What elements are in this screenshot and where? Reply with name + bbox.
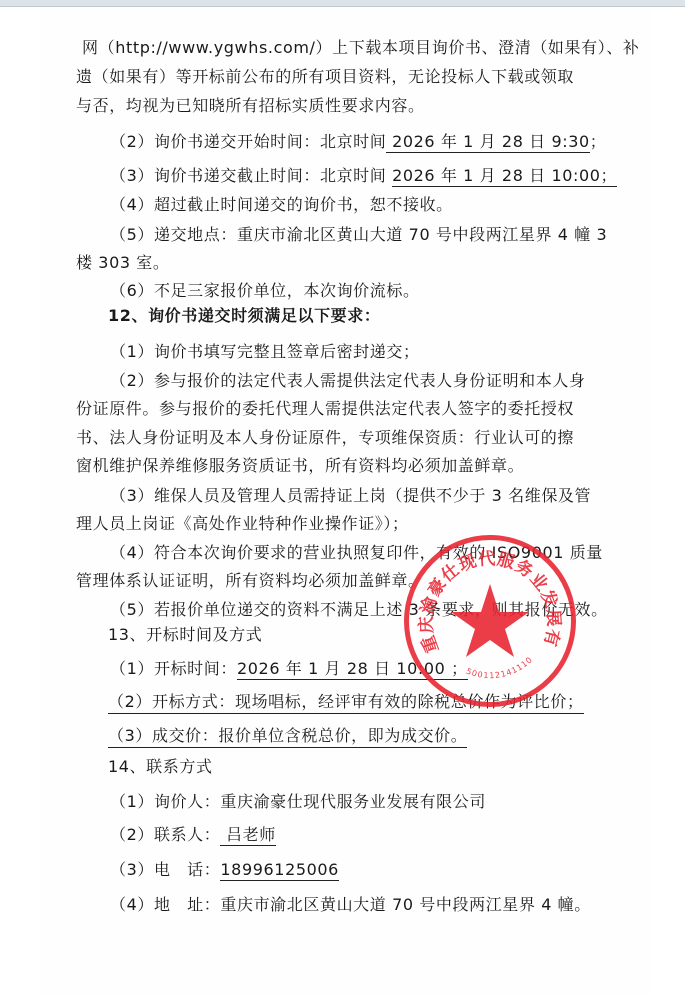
label: （3）电 话： — [110, 860, 220, 879]
start-time-value: 2026 年 1 月 28 日 9:30 — [386, 132, 589, 153]
text-line: （2）参与报价的法定代表人需提供法定代表人身份证明和本人身 — [110, 371, 586, 391]
text-line: 窗机维护保养维修服务资质证书，所有资料均必须加盖鲜章。 — [76, 456, 524, 476]
submission-deadline: （3）询价书递交截止时间：北京时间 2026 年 1 月 28 日 10:00； — [110, 166, 617, 186]
text-line: 理人员上岗证《高处作业特种作业操作证》）； — [76, 514, 409, 534]
transaction-price: （3）成交价：报价单位含税总价，即为成交价。 — [108, 726, 467, 748]
text-line: （5）递交地点：重庆市渝北区黄山大道 70 号中段两江星界 4 幢 3 — [110, 225, 607, 245]
phone-value: 18996125006 — [220, 860, 339, 881]
text-line: 份证原件。参与报价的委托代理人需提供法定代表人签字的委托授权 — [76, 399, 574, 419]
punct: ； — [590, 132, 607, 151]
text-line: 与否，均视为已知晓所有招标实质性要求内容。 — [76, 96, 425, 116]
phone: （3）电 话：18996125006 — [110, 860, 339, 880]
text-line: 网（http://www.ygwhs.com/）上下载本项目询价书、澄清（如果有… — [82, 38, 640, 58]
contact-person-value: 吕老师 — [220, 825, 276, 846]
label: （2）联系人： — [110, 825, 220, 844]
label: （2）询价书递交开始时间：北京时间 — [110, 132, 386, 151]
address: （4）地 址：重庆市渝北区黄山大道 70 号中段两江星界 4 幢。 — [110, 895, 591, 915]
deadline-value: 2026 年 1 月 28 日 10:00； — [392, 166, 617, 187]
label: （1）开标时间： — [110, 659, 237, 678]
text-line: （6）不足三家报价单位，本次询价流标。 — [110, 281, 420, 301]
viewer-top-bar — [0, 0, 685, 7]
inquirer: （1）询价人：重庆渝豪仕现代服务业发展有限公司 — [110, 792, 486, 812]
section-12-heading: 12、询价书递交时须满足以下要求： — [108, 306, 380, 326]
submission-start-time: （2）询价书递交开始时间：北京时间 2026 年 1 月 28 日 9:30； — [110, 132, 606, 152]
text-line: 楼 303 室。 — [76, 253, 170, 273]
contact-person: （2）联系人： 吕老师 — [110, 825, 276, 845]
text-line: 管理体系认证证明，所有资料均必须加盖鲜章。 — [76, 571, 425, 591]
text-line: （4）超过截止时间递交的询价书，恕不接收。 — [110, 195, 453, 215]
company-seal-stamp: 重庆渝豪仕现代服务业发展有限公司 5001121411108188 — [404, 535, 576, 707]
text-line: （1）询价书填写完整且签章后密封递交； — [110, 342, 420, 362]
section-13-heading: 13、开标时间及方式 — [108, 625, 262, 645]
section-14-heading: 14、联系方式 — [108, 757, 213, 777]
text-line: （3）维保人员及管理人员需持证上岗（提供不少于 3 名维保及管 — [110, 486, 591, 506]
text-line: 书、法人身份证明及本人身份证原件，专项维保资质：行业认可的擦 — [76, 428, 574, 448]
star-icon: 重庆渝豪仕现代服务业发展有限公司 5001121411108188 — [409, 540, 571, 702]
text-line: 遗（如果有）等开标前公布的所有项目资料，无论投标人下载或领取 — [76, 67, 574, 87]
label: （3）询价书递交截止时间：北京时间 — [110, 166, 392, 185]
